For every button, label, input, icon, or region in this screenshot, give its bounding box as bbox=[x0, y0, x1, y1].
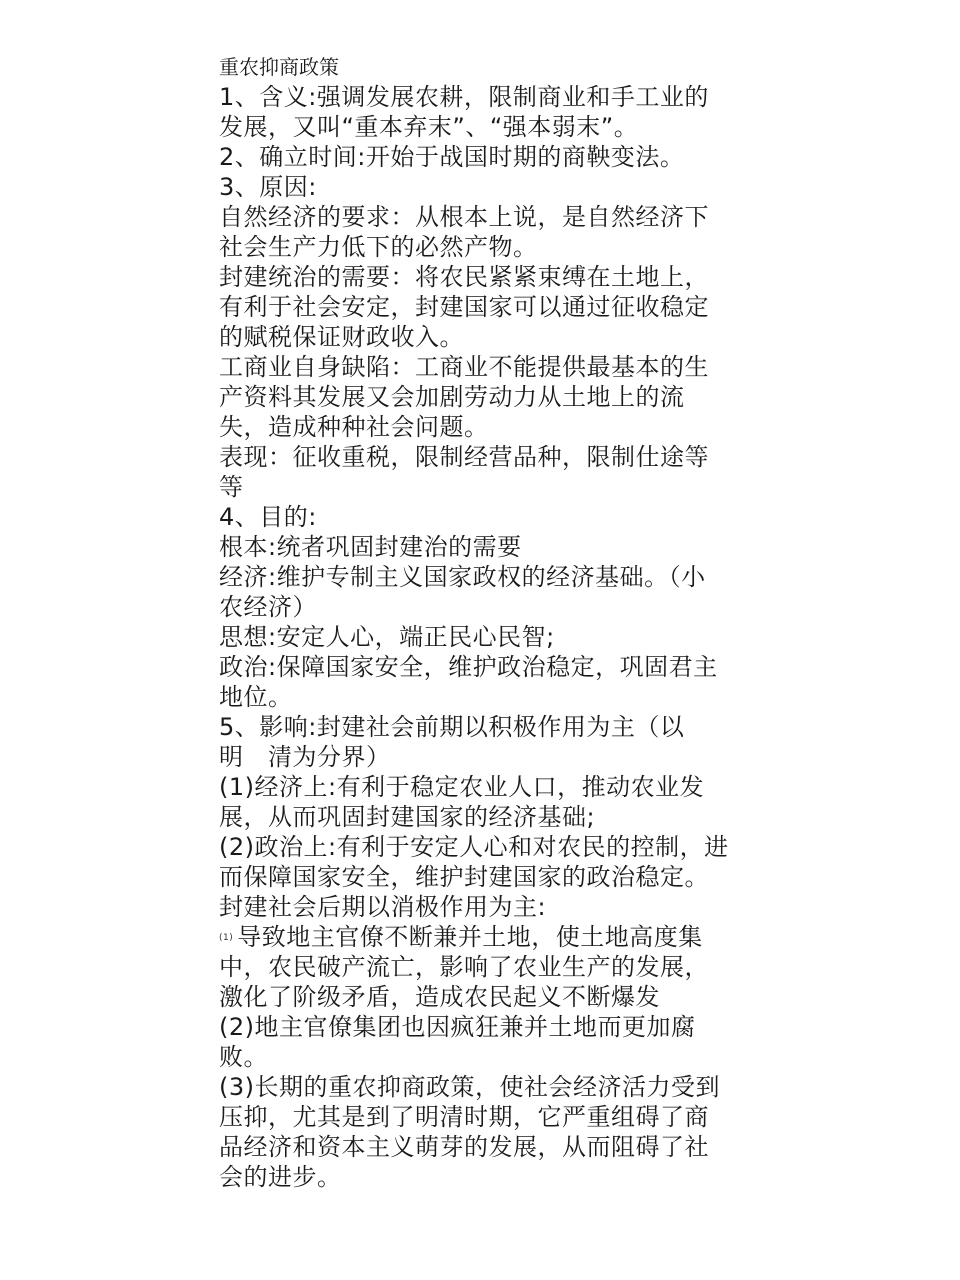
text-line: 封建统治的需要：将农民紧紧束缚在土地上， bbox=[219, 262, 749, 292]
text-line: 而保障国家安全，维护封建国家的政治稳定。 bbox=[219, 862, 749, 892]
text-line: 工商业自身缺陷：工商业不能提供最基本的生 bbox=[219, 352, 749, 382]
text-line: 会的进步。 bbox=[219, 1162, 749, 1192]
text-line: 农经济） bbox=[219, 592, 749, 622]
text-line: (2)政治上:有利于安定人心和对农民的控制，进 bbox=[219, 832, 749, 862]
document-body: 重农抑商政策 1、含义:强调发展农耕，限制商业和手工业的 发展，又叫“重本弃末”… bbox=[219, 52, 749, 1192]
text-line: 激化了阶级矛盾，造成农民起义不断爆发 bbox=[219, 982, 749, 1012]
text-line: 的赋税保证财政收入。 bbox=[219, 322, 749, 352]
text-line: 2、确立时间:开始于战国时期的商鞅变法。 bbox=[219, 142, 749, 172]
text-line: 经济:维护专制主义国家政权的经济基础。（小 bbox=[219, 562, 749, 592]
text-line: 3、原因: bbox=[219, 172, 749, 202]
text-line: 社会生产力低下的必然产物。 bbox=[219, 232, 749, 262]
text-line: 败。 bbox=[219, 1042, 749, 1072]
text-line: 压抑，尤其是到了明清时期，它严重组碍了商 bbox=[219, 1102, 749, 1132]
text-line: 表现：征收重税，限制经营品种，限制仕途等 bbox=[219, 442, 749, 472]
text-line: 封建社会后期以消极作用为主: bbox=[219, 892, 749, 922]
list-marker: (1) bbox=[219, 933, 233, 943]
text-line: 展，从而巩固封建国家的经济基础; bbox=[219, 802, 749, 832]
text-span: 导致地主官僚不断兼并土地，使土地高度集 bbox=[237, 923, 703, 951]
document-title: 重农抑商政策 bbox=[219, 52, 749, 82]
text-line: 思想:安定人心，端正民心民智; bbox=[219, 622, 749, 652]
text-line: 5、影响:封建社会前期以积极作用为主（以 bbox=[219, 712, 749, 742]
text-line: (2)地主官僚集团也因疯狂兼并土地而更加腐 bbox=[219, 1012, 749, 1042]
text-line: 有利于社会安定，封建国家可以通过征收稳定 bbox=[219, 292, 749, 322]
text-line: (3)长期的重农抑商政策，使社会经济活力受到 bbox=[219, 1072, 749, 1102]
text-line: 地位。 bbox=[219, 682, 749, 712]
text-line: 根本:统者巩固封建治的需要 bbox=[219, 532, 749, 562]
text-line: 等 bbox=[219, 472, 749, 502]
text-line: 1、含义:强调发展农耕，限制商业和手工业的 bbox=[219, 82, 749, 112]
text-line: 自然经济的要求：从根本上说，是自然经济下 bbox=[219, 202, 749, 232]
text-line: 政治:保障国家安全，维护政治稳定，巩固君主 bbox=[219, 652, 749, 682]
text-line: 产资料其发展又会加剧劳动力从土地上的流 bbox=[219, 382, 749, 412]
text-line: 4、目的: bbox=[219, 502, 749, 532]
text-line: 中，农民破产流亡，影响了农业生产的发展， bbox=[219, 952, 749, 982]
text-line: 明 清为分界） bbox=[219, 742, 749, 772]
text-line-with-marker: (1)导致地主官僚不断兼并土地，使土地高度集 bbox=[219, 922, 749, 952]
text-line: (1)经济上:有利于稳定农业人口，推动农业发 bbox=[219, 772, 749, 802]
text-line: 品经济和资本主义萌芽的发展，从而阻碍了社 bbox=[219, 1132, 749, 1162]
text-line: 失，造成种种社会问题。 bbox=[219, 412, 749, 442]
text-line: 发展，又叫“重本弃末”、“强本弱末”。 bbox=[219, 112, 749, 142]
